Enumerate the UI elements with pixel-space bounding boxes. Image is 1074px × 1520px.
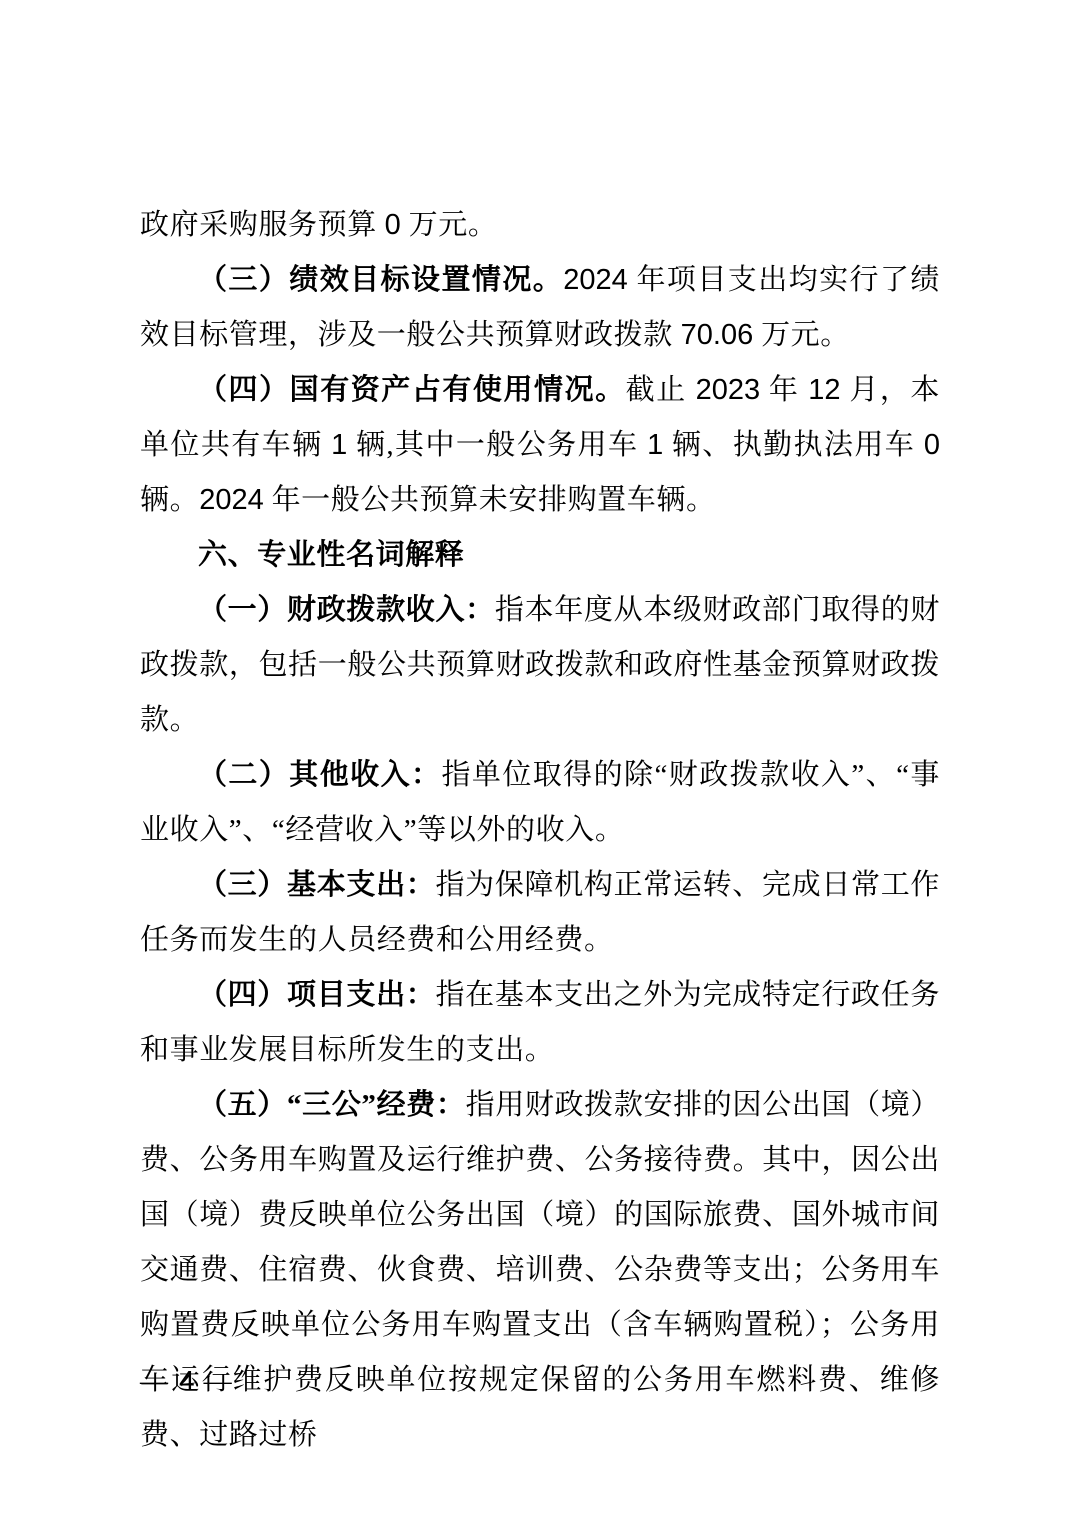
paragraph-body: 指用财政拨款安排的因公出国（境）费、公务用车购置及运行维护费、公务接待费。其中，… xyxy=(140,1089,940,1451)
paragraph-lead: （一）财政拨款收入： xyxy=(198,594,495,626)
para-term-basic-expenditure: （三）基本支出：指为保障机构正常运转、完成日常工作任务而发生的人员经费和公用经费… xyxy=(140,858,940,968)
page-number: — 4 — xyxy=(140,1353,234,1409)
para-term-project-expenditure: （四）项目支出：指在基本支出之外为完成特定行政任务和事业发展目标所发生的支出。 xyxy=(140,968,940,1078)
para-term-three-public-expenses: （五）“三公”经费：指用财政拨款安排的因公出国（境）费、公务用车购置及运行维护费… xyxy=(140,1078,940,1463)
heading-glossary: 六、专业性名词解释 xyxy=(140,528,940,583)
para-govt-procurement-budget: 政府采购服务预算 0 万元。 xyxy=(140,198,940,253)
paragraph-lead: （三）基本支出： xyxy=(198,869,435,901)
para-term-other-income: （二）其他收入：指单位取得的除“财政拨款收入”、“事业收入”、“经营收入”等以外… xyxy=(140,748,940,858)
page-body-text: 政府采购服务预算 0 万元。 （三）绩效目标设置情况。2024 年项目支出均实行… xyxy=(140,198,940,1463)
paragraph-lead: （五）“三公”经费： xyxy=(198,1089,466,1121)
document-page: 政府采购服务预算 0 万元。 （三）绩效目标设置情况。2024 年项目支出均实行… xyxy=(0,0,1074,1520)
paragraph-lead: （三）绩效目标设置情况。 xyxy=(198,264,563,296)
paragraph-lead: （四）项目支出： xyxy=(198,979,435,1011)
para-performance-target-setting: （三）绩效目标设置情况。2024 年项目支出均实行了绩效目标管理，涉及一般公共预… xyxy=(140,253,940,363)
paragraph-lead: （二）其他收入： xyxy=(198,759,441,791)
para-state-assets-usage: （四）国有资产占有使用情况。截止 2023 年 12 月，本单位共有车辆 1 辆… xyxy=(140,363,940,528)
paragraph-body: 政府采购服务预算 0 万元。 xyxy=(140,209,497,241)
paragraph-lead: （四）国有资产占有使用情况。 xyxy=(198,374,626,406)
para-term-fiscal-appropriation-income: （一）财政拨款收入：指本年度从本级财政部门取得的财政拨款，包括一般公共预算财政拨… xyxy=(140,583,940,748)
